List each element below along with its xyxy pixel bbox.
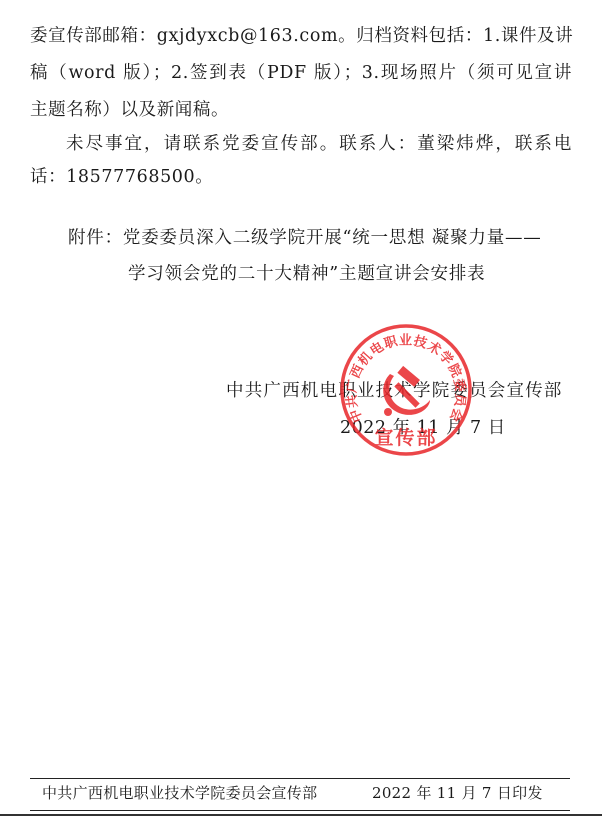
paragraph2-line2: 话：18577768500。 — [30, 166, 572, 188]
paragraph2-line1: 未尽事宜，请联系党委宣传部。联系人：董梁炜烨，联系电 — [66, 133, 572, 155]
footer-top-rule — [30, 778, 570, 779]
document-page: 委宣传部邮箱：gxjdyxcb@163.com。归档资料包括：1.课件及讲 稿（… — [0, 0, 602, 816]
attachment-title-line1: 附件：党委委员深入二级学院开展“统一思想 凝聚力量—— — [68, 227, 542, 249]
attachment-title-line2: 学习领会党的二十大精神”主题宣讲会安排表 — [128, 263, 485, 285]
seal-center-text: 宣传部 — [374, 426, 437, 449]
official-seal-icon: 中共广西机电职业技术学院委员会 宣传部 — [338, 322, 474, 458]
paragraph1-line2: 稿（word 版）；2.签到表（PDF 版）；3.现场照片（须可见宣讲 — [30, 62, 572, 84]
footer-issuer: 中共广西机电职业技术学院委员会宣传部 — [42, 783, 317, 803]
footer-bottom-rule — [30, 810, 570, 811]
hammer-sickle-icon — [383, 366, 430, 416]
paragraph1-line3: 主题名称）以及新闻稿。 — [30, 99, 572, 121]
footer-issue-date: 2022 年 11 月 7 日印发 — [372, 783, 543, 803]
paragraph1-line1: 委宣传部邮箱：gxjdyxcb@163.com。归档资料包括：1.课件及讲 — [30, 25, 572, 47]
